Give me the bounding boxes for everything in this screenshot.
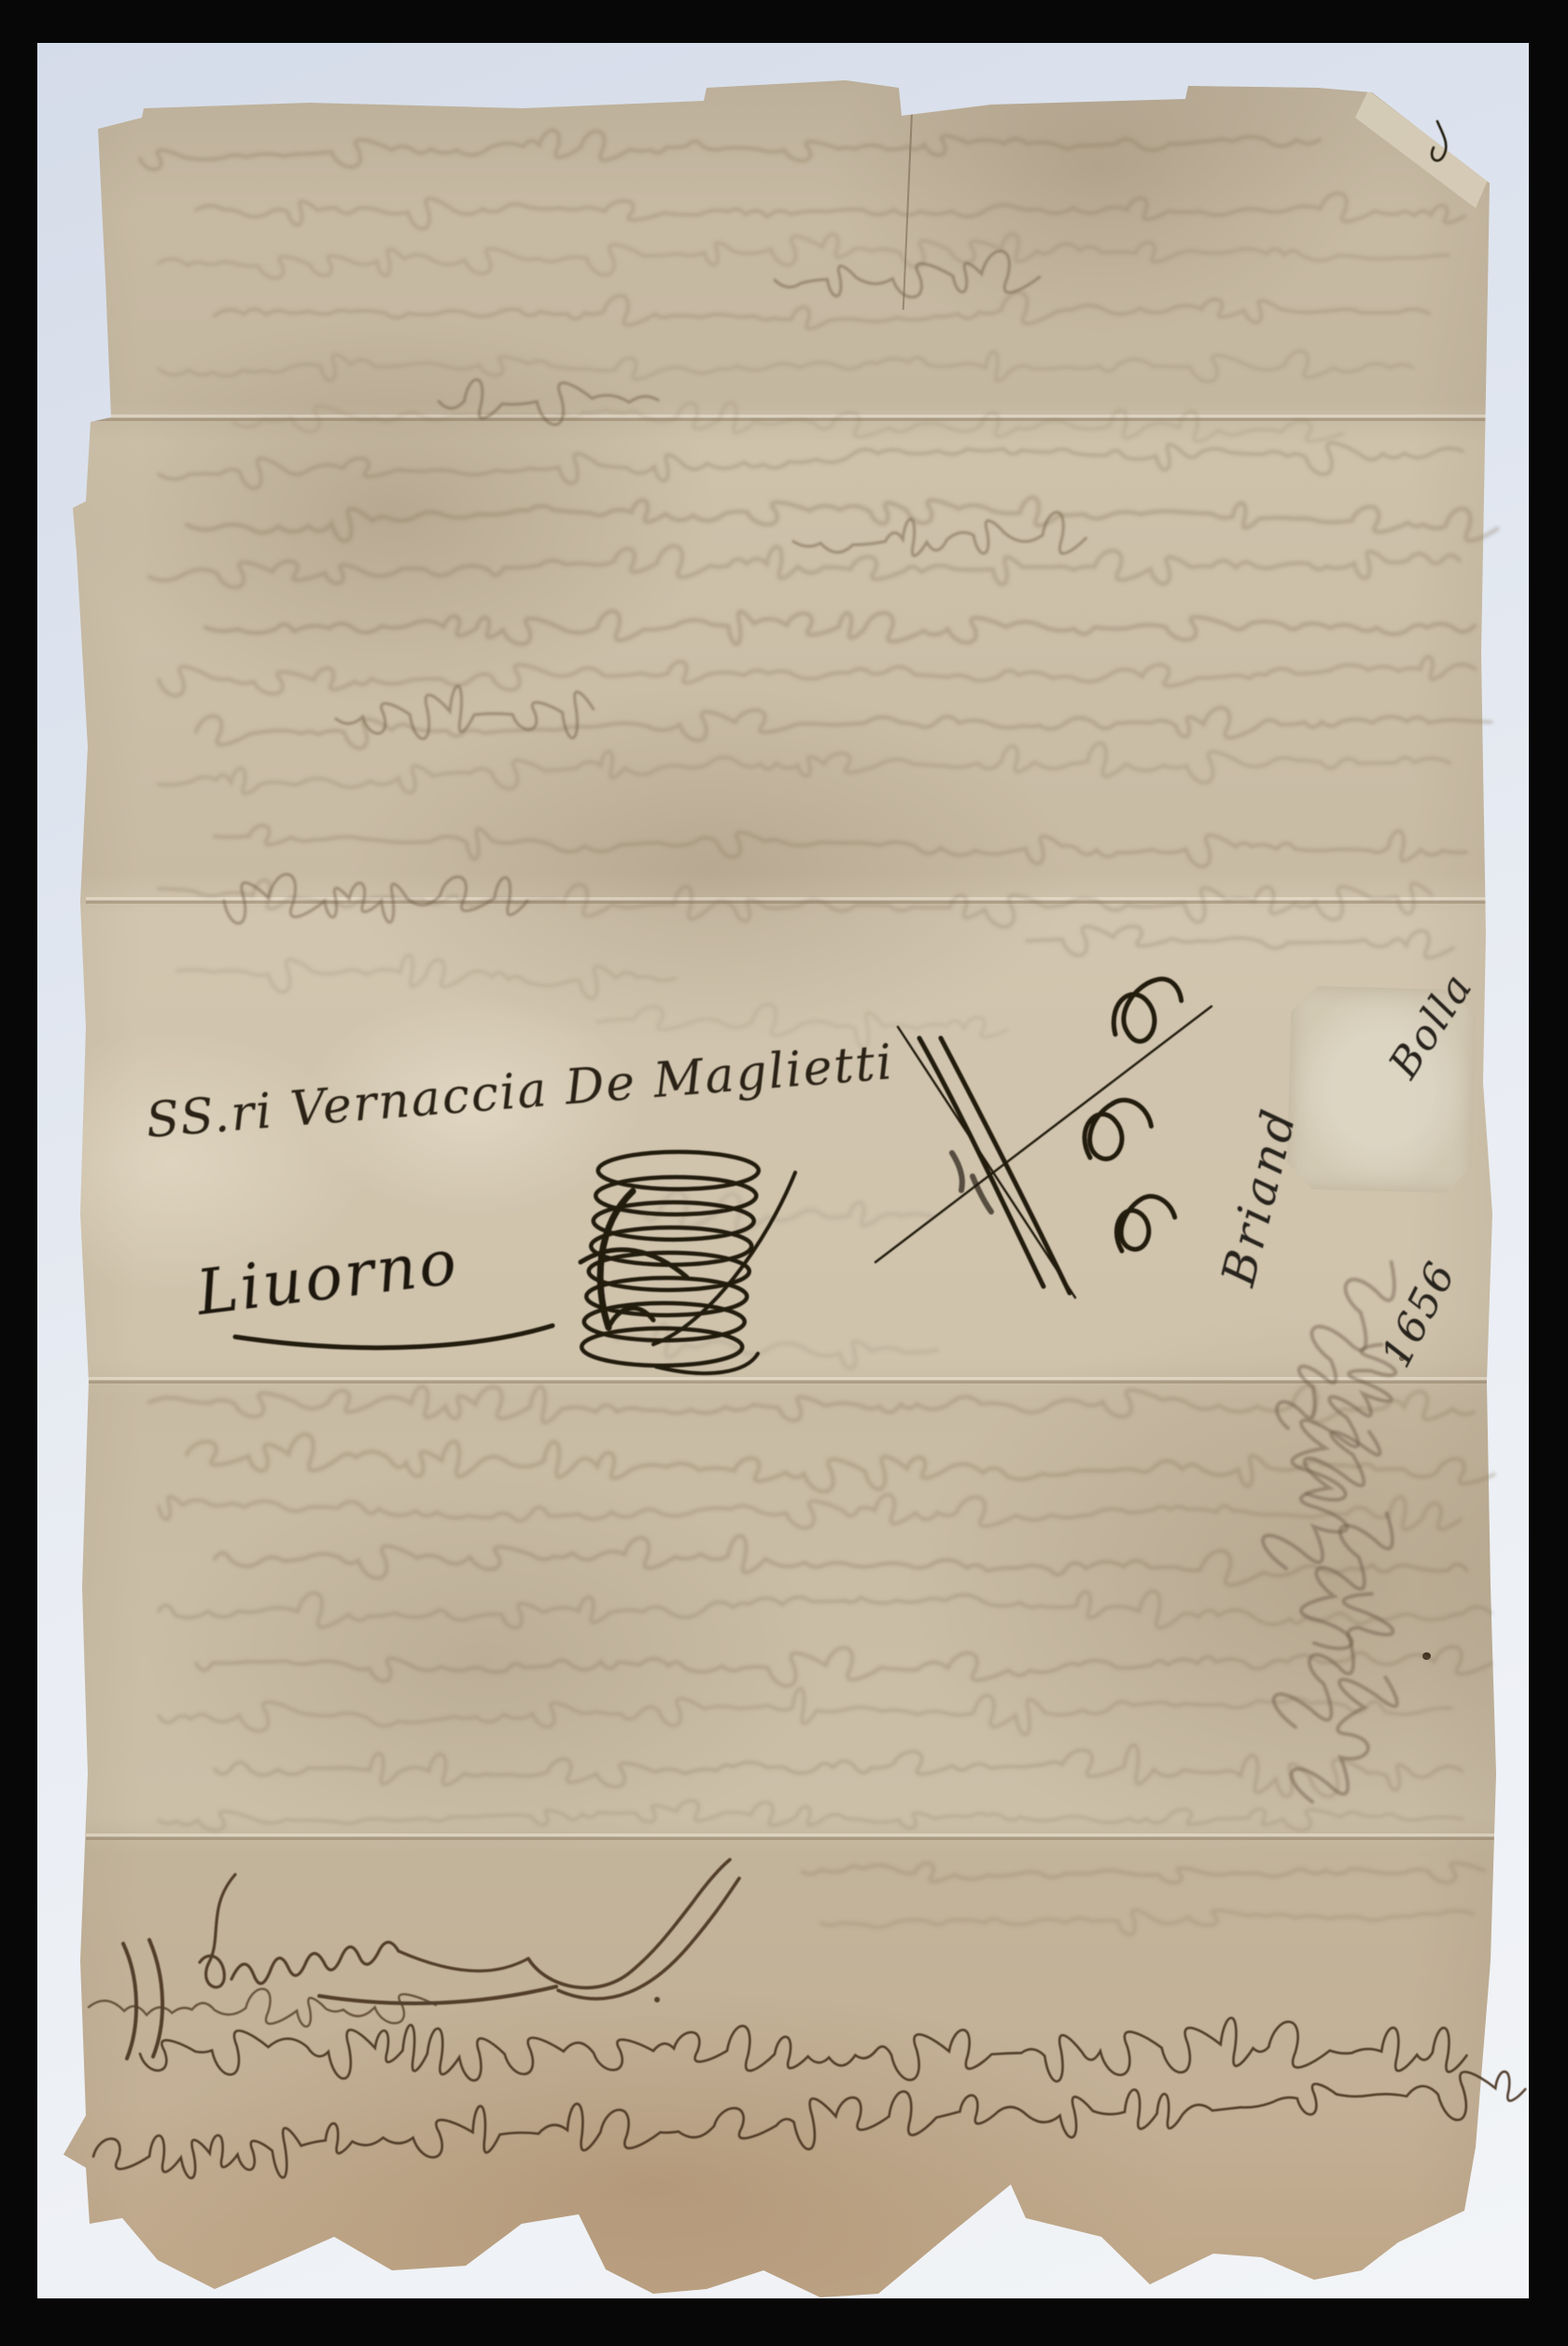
address-line: SS.ri Vernaccia De Maglietti [144, 1034, 896, 1149]
merchant-flourish-icon [1077, 966, 1186, 1264]
inverted-writing [89, 1860, 1527, 2186]
destination-line: Liuorno [192, 1226, 463, 1329]
docket-name-rotated: Briand [1211, 1102, 1308, 1292]
destination-underline [235, 1326, 553, 1348]
bleedthrough-writing [140, 131, 1497, 1935]
inverted-text-lines [89, 1988, 1527, 2185]
corner-ink-squiggle-icon [1432, 121, 1446, 161]
docket-year-rotated: 1656 [1372, 1254, 1465, 1375]
inverted-signature-flourish [200, 1860, 739, 2003]
accent-bleed-marks [224, 251, 1086, 923]
photo-frame: SS.ri Vernaccia De Maglietti Liuorno Bri… [0, 0, 1568, 2346]
ink-layer: SS.ri Vernaccia De Maglietti Liuorno Bri… [0, 0, 1568, 2346]
inverted-line-start-strokes [123, 1940, 162, 2058]
cancellation-cross-icon [875, 1006, 1211, 1298]
docket-word-rotated: Bolla [1379, 964, 1482, 1088]
